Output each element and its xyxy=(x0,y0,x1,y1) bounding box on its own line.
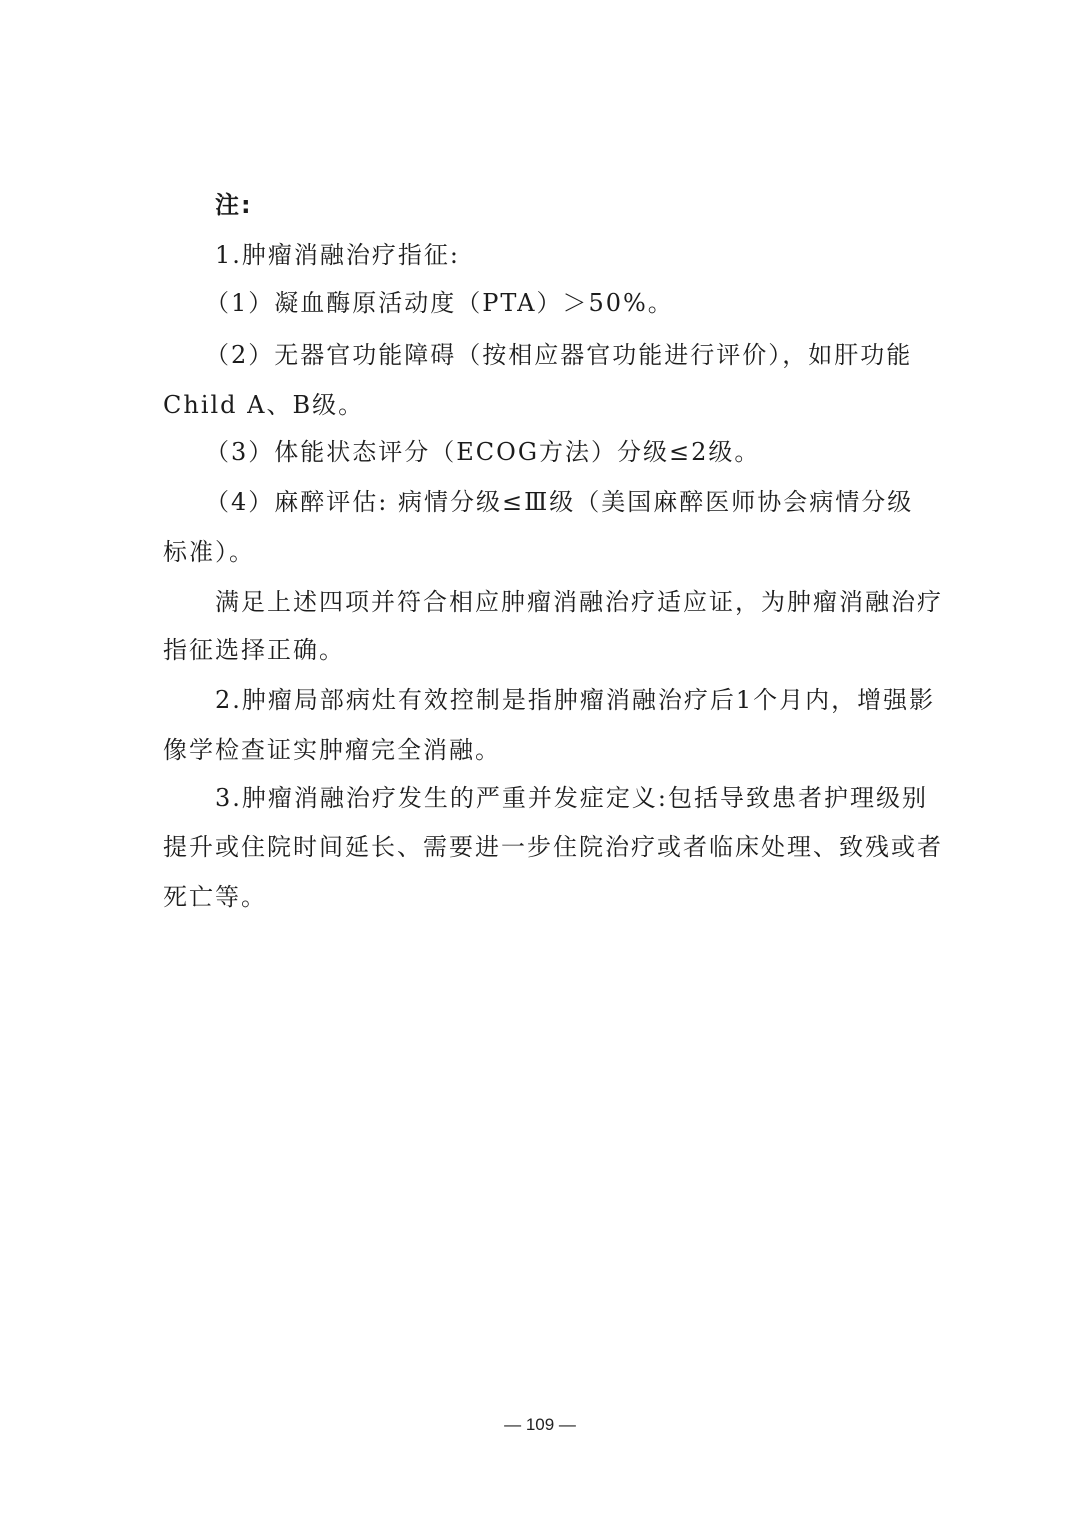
page-number: — 109 — xyxy=(0,1415,1080,1435)
notes-heading: 注: xyxy=(215,190,253,220)
note-3-cont-2: 死亡等。 xyxy=(163,882,267,912)
note-1-item-4-cont: 标准）。 xyxy=(163,537,255,567)
note-2: 2.肿瘤局部病灶有效控制是指肿瘤消融治疗后1个月内，增强影 xyxy=(215,685,935,715)
note-2-cont: 像学检查证实肿瘤完全消融。 xyxy=(163,735,501,765)
note-1-item-2-cont: Child A、B级。 xyxy=(163,390,364,420)
note-1-summary-cont: 指征选择正确。 xyxy=(163,635,345,665)
note-1-summary: 满足上述四项并符合相应肿瘤消融治疗适应证，为肿瘤消融治疗 xyxy=(215,587,943,617)
note-1-item-3: （3）体能状态评分（ECOG方法）分级≤2级。 xyxy=(205,437,760,467)
note-1-title: 1.肿瘤消融治疗指征: xyxy=(215,240,460,270)
note-1-item-4: （4）麻醉评估: 病情分级≤Ⅲ级（美国麻醉医师协会病情分级 xyxy=(205,487,913,517)
note-3: 3.肿瘤消融治疗发生的严重并发症定义:包括导致患者护理级别 xyxy=(215,783,928,813)
document-page: 注: 1.肿瘤消融治疗指征: （1）凝血酶原活动度（PTA）＞50%。 （2）无… xyxy=(0,0,1080,1526)
note-1-item-1: （1）凝血酶原活动度（PTA）＞50%。 xyxy=(205,288,674,318)
note-3-cont-1: 提升或住院时间延长、需要进一步住院治疗或者临床处理、致残或者 xyxy=(163,832,943,862)
note-1-item-2: （2）无器官功能障碍（按相应器官功能进行评价），如肝功能 xyxy=(205,340,912,370)
